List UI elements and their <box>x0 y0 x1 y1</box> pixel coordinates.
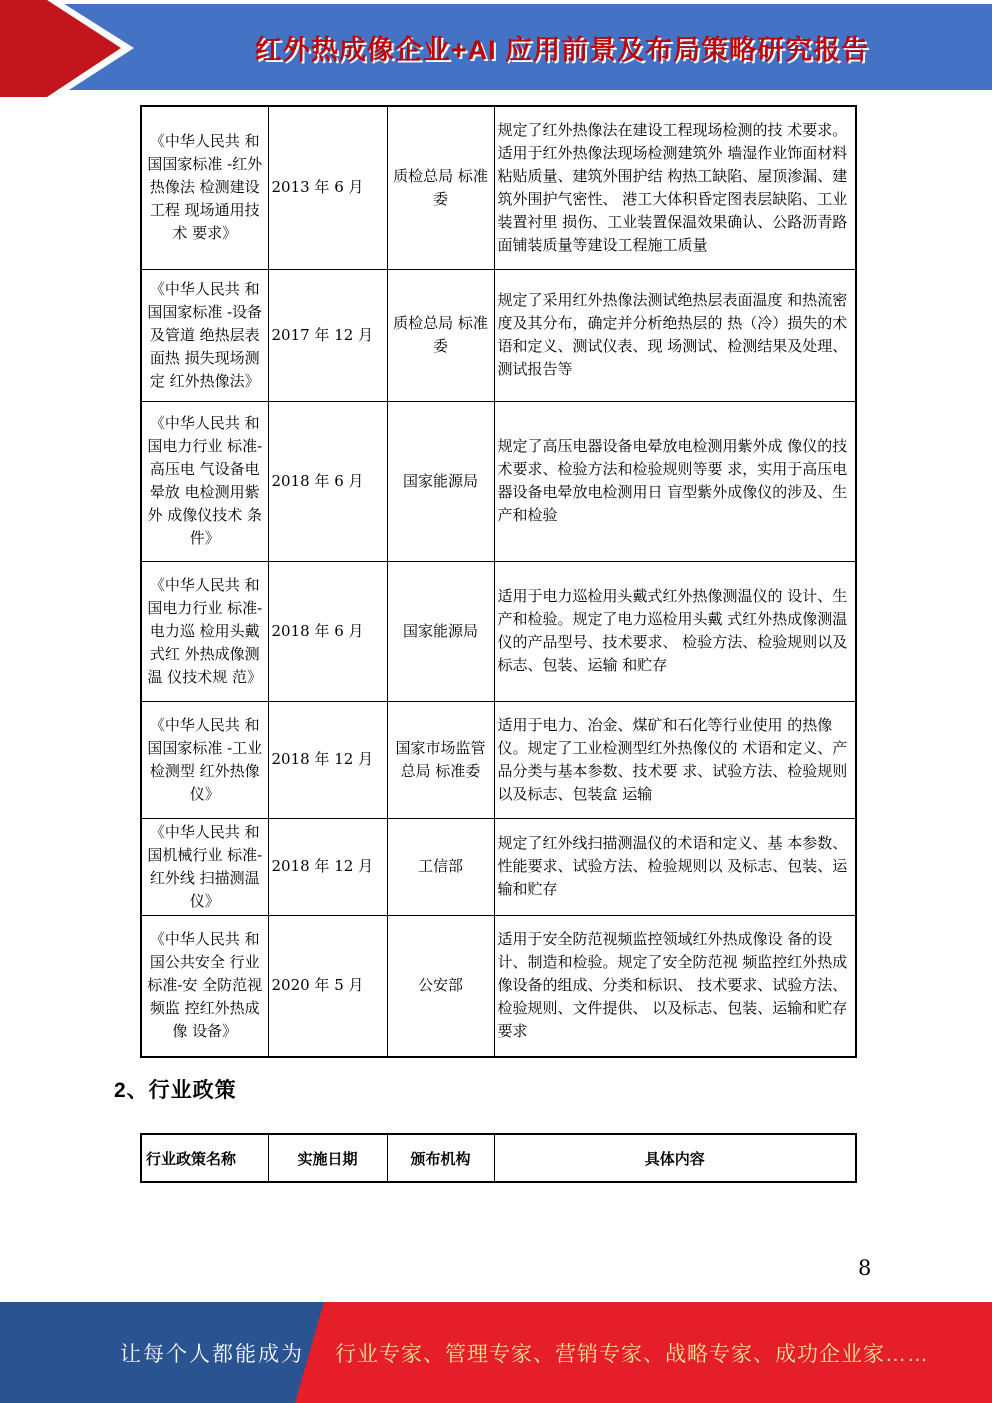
date-cell: 2017 年 12 月 <box>268 269 387 401</box>
agency-cell: 国家能源局 <box>387 401 494 561</box>
table-row: 《中华人民共 和国电力行业 标准-高压电 气设备电晕放 电检测用紫外 成像仪技术… <box>141 401 856 561</box>
agency-cell: 公安部 <box>387 915 494 1057</box>
table-row: 《中华人民共 和国国家标准 -工业检测型 红外热像仪》 2018 年 12 月 … <box>141 701 856 818</box>
section-heading: 2、行业政策 <box>114 1074 237 1104</box>
policy-table: 行业政策名称 实施日期 颁布机构 具体内容 <box>140 1133 857 1183</box>
document-page: 红外热成像企业+AI 应用前景及布局策略研究报告 《中华人民共 和国国家标准 -… <box>0 0 992 1403</box>
page-number: 8 <box>858 1256 871 1280</box>
content-cell: 适用于安全防范视频监控领域红外热成像设 备的设计、制造和检验。规定了安全防范视 … <box>494 915 856 1057</box>
table-row: 《中华人民共 和国电力行业 标准-电力巡 检用头戴式红 外热成像测温 仪技术规 … <box>141 561 856 701</box>
agency-cell: 质检总局 标准委 <box>387 269 494 401</box>
agency-cell: 质检总局 标准委 <box>387 106 494 269</box>
date-cell: 2018 年 6 月 <box>268 561 387 701</box>
table-row: 《中华人民共 和国国家标准 -红外热像法 检测建设工程 现场通用技术 要求》 2… <box>141 106 856 269</box>
date-cell: 2013 年 6 月 <box>268 106 387 269</box>
date-cell: 2020 年 5 月 <box>268 915 387 1057</box>
table-row: 《中华人民共 和国公共安全 行业标准-安 全防范视频监 控红外热成像 设备》 2… <box>141 915 856 1057</box>
standard-name-cell: 《中华人民共 和国电力行业 标准-电力巡 检用头戴式红 外热成像测温 仪技术规 … <box>141 561 268 701</box>
column-header-policy-name: 行业政策名称 <box>141 1134 268 1182</box>
content-cell: 规定了红外线扫描测温仪的术语和定义、基 本参数、性能要求、试验方法、检验规则以 … <box>494 818 856 915</box>
date-cell: 2018 年 6 月 <box>268 401 387 561</box>
column-header-date: 实施日期 <box>268 1134 387 1182</box>
header-band: 红外热成像企业+AI 应用前景及布局策略研究报告 <box>42 4 992 90</box>
agency-cell: 国家市场监管总局 标准委 <box>387 701 494 818</box>
column-header-content: 具体内容 <box>494 1134 856 1182</box>
content-cell: 适用于电力、冶金、煤矿和石化等行业使用 的热像仪。规定了工业检测型红外热像仪的 … <box>494 701 856 818</box>
footer-slogan-right: 行业专家、管理专家、营销专家、战略专家、成功企业家…… <box>335 1302 929 1403</box>
footer-band: 让每个人都能成为 行业专家、管理专家、营销专家、战略专家、成功企业家…… <box>0 1302 992 1403</box>
agency-cell: 国家能源局 <box>387 561 494 701</box>
footer-slogan-left: 让每个人都能成为 <box>120 1302 304 1403</box>
date-cell: 2018 年 12 月 <box>268 818 387 915</box>
page-title: 红外热成像企业+AI 应用前景及布局策略研究报告 <box>142 4 982 90</box>
agency-cell: 工信部 <box>387 818 494 915</box>
standards-table: 《中华人民共 和国国家标准 -红外热像法 检测建设工程 现场通用技术 要求》 2… <box>140 105 857 1058</box>
standard-name-cell: 《中华人民共 和国国家标准 -红外热像法 检测建设工程 现场通用技术 要求》 <box>141 106 268 269</box>
standard-name-cell: 《中华人民共 和国电力行业 标准-高压电 气设备电晕放 电检测用紫外 成像仪技术… <box>141 401 268 561</box>
content-cell: 规定了高压电器设备电晕放电检测用紫外成 像仪的技术要求、检验方法和检验规则等要 … <box>494 401 856 561</box>
table-row: 《中华人民共 和国国家标准 -设备及管道 绝热层表面热 损失现场测定 红外热像法… <box>141 269 856 401</box>
table-row: 《中华人民共 和国机械行业 标准-红外线 扫描测温仪》 2018 年 12 月 … <box>141 818 856 915</box>
content-cell: 规定了红外热像法在建设工程现场检测的技 术要求。适用于红外热像法现场检测建筑外 … <box>494 106 856 269</box>
content-cell: 适用于电力巡检用头戴式红外热像测温仪的 设计、生产和检验。规定了电力巡检用头戴 … <box>494 561 856 701</box>
standard-name-cell: 《中华人民共 和国公共安全 行业标准-安 全防范视频监 控红外热成像 设备》 <box>141 915 268 1057</box>
column-header-agency: 颁布机构 <box>387 1134 494 1182</box>
policy-table-header-row: 行业政策名称 实施日期 颁布机构 具体内容 <box>141 1134 856 1182</box>
standard-name-cell: 《中华人民共 和国机械行业 标准-红外线 扫描测温仪》 <box>141 818 268 915</box>
date-cell: 2018 年 12 月 <box>268 701 387 818</box>
standard-name-cell: 《中华人民共 和国国家标准 -设备及管道 绝热层表面热 损失现场测定 红外热像法… <box>141 269 268 401</box>
content-cell: 规定了采用红外热像法测试绝热层表面温度 和热流密度及其分布，确定并分析绝热层的 … <box>494 269 856 401</box>
standard-name-cell: 《中华人民共 和国国家标准 -工业检测型 红外热像仪》 <box>141 701 268 818</box>
